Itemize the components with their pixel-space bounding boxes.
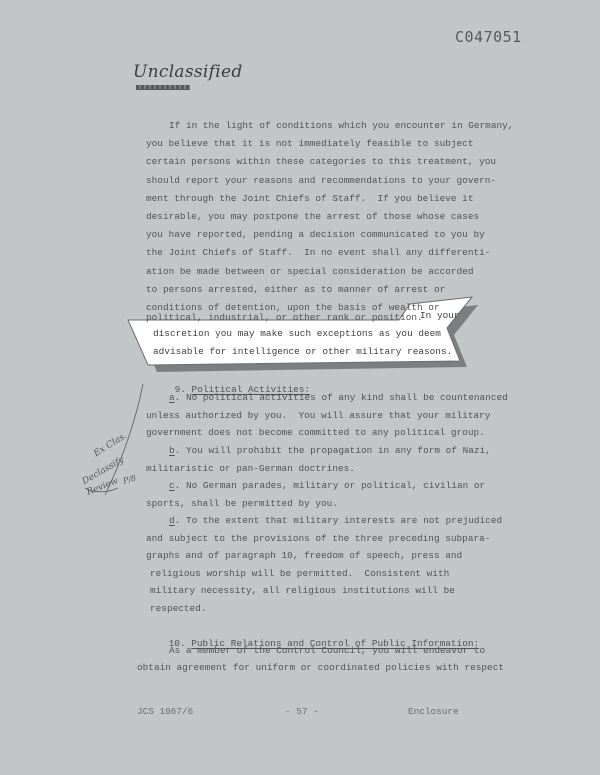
footer-right: Enclosure [408, 706, 459, 717]
document-page: C047051 Unclassified If in the light of … [0, 0, 600, 775]
footer-left: JCS 1067/6 [137, 706, 193, 717]
margin-annotation-line [0, 0, 600, 775]
page-number: - 57 - [285, 706, 319, 717]
